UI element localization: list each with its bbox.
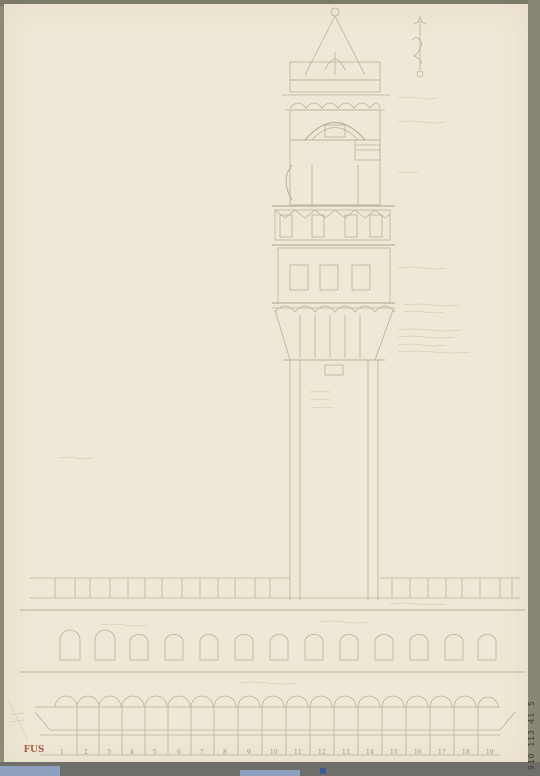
facade-upper-windows bbox=[20, 630, 525, 672]
tower-middle bbox=[272, 248, 395, 308]
bay-number: 1 bbox=[60, 749, 64, 756]
bay-number: 11 bbox=[294, 749, 302, 756]
facade-crenellations bbox=[20, 578, 525, 610]
bay-number: 3 bbox=[107, 749, 111, 756]
elevation-drawing bbox=[0, 0, 540, 776]
bay-number: 10 bbox=[270, 749, 278, 756]
bay-number: 15 bbox=[390, 749, 398, 756]
bay-number: 9 bbox=[247, 749, 251, 756]
marzocco-ornament bbox=[412, 17, 426, 77]
tower-spire bbox=[305, 8, 365, 75]
inventory-mark: 910 113 41 5 bbox=[527, 640, 540, 770]
collection-stamp: FUS bbox=[22, 738, 46, 762]
bay-number: 8 bbox=[223, 749, 227, 756]
bay-number: 16 bbox=[414, 749, 422, 756]
bay-number: 17 bbox=[438, 749, 446, 756]
bay-number: 5 bbox=[153, 749, 157, 756]
tower-upper-crenellation bbox=[272, 206, 395, 245]
bay-number: 6 bbox=[177, 749, 181, 756]
bay-number: 4 bbox=[130, 749, 134, 756]
bay-number: 12 bbox=[318, 749, 326, 756]
bay-number: 18 bbox=[462, 749, 470, 756]
bay-number: 7 bbox=[200, 749, 204, 756]
facade-arcade bbox=[35, 696, 515, 755]
annotation-scribbles bbox=[8, 97, 470, 740]
bay-number: 19 bbox=[486, 749, 494, 756]
tower-belfry bbox=[282, 62, 390, 205]
tower-shaft bbox=[290, 360, 378, 600]
bay-number: 14 bbox=[366, 749, 374, 756]
tower-machicolations bbox=[275, 306, 395, 360]
bay-number: 13 bbox=[342, 749, 350, 756]
bay-number: 2 bbox=[84, 749, 88, 756]
